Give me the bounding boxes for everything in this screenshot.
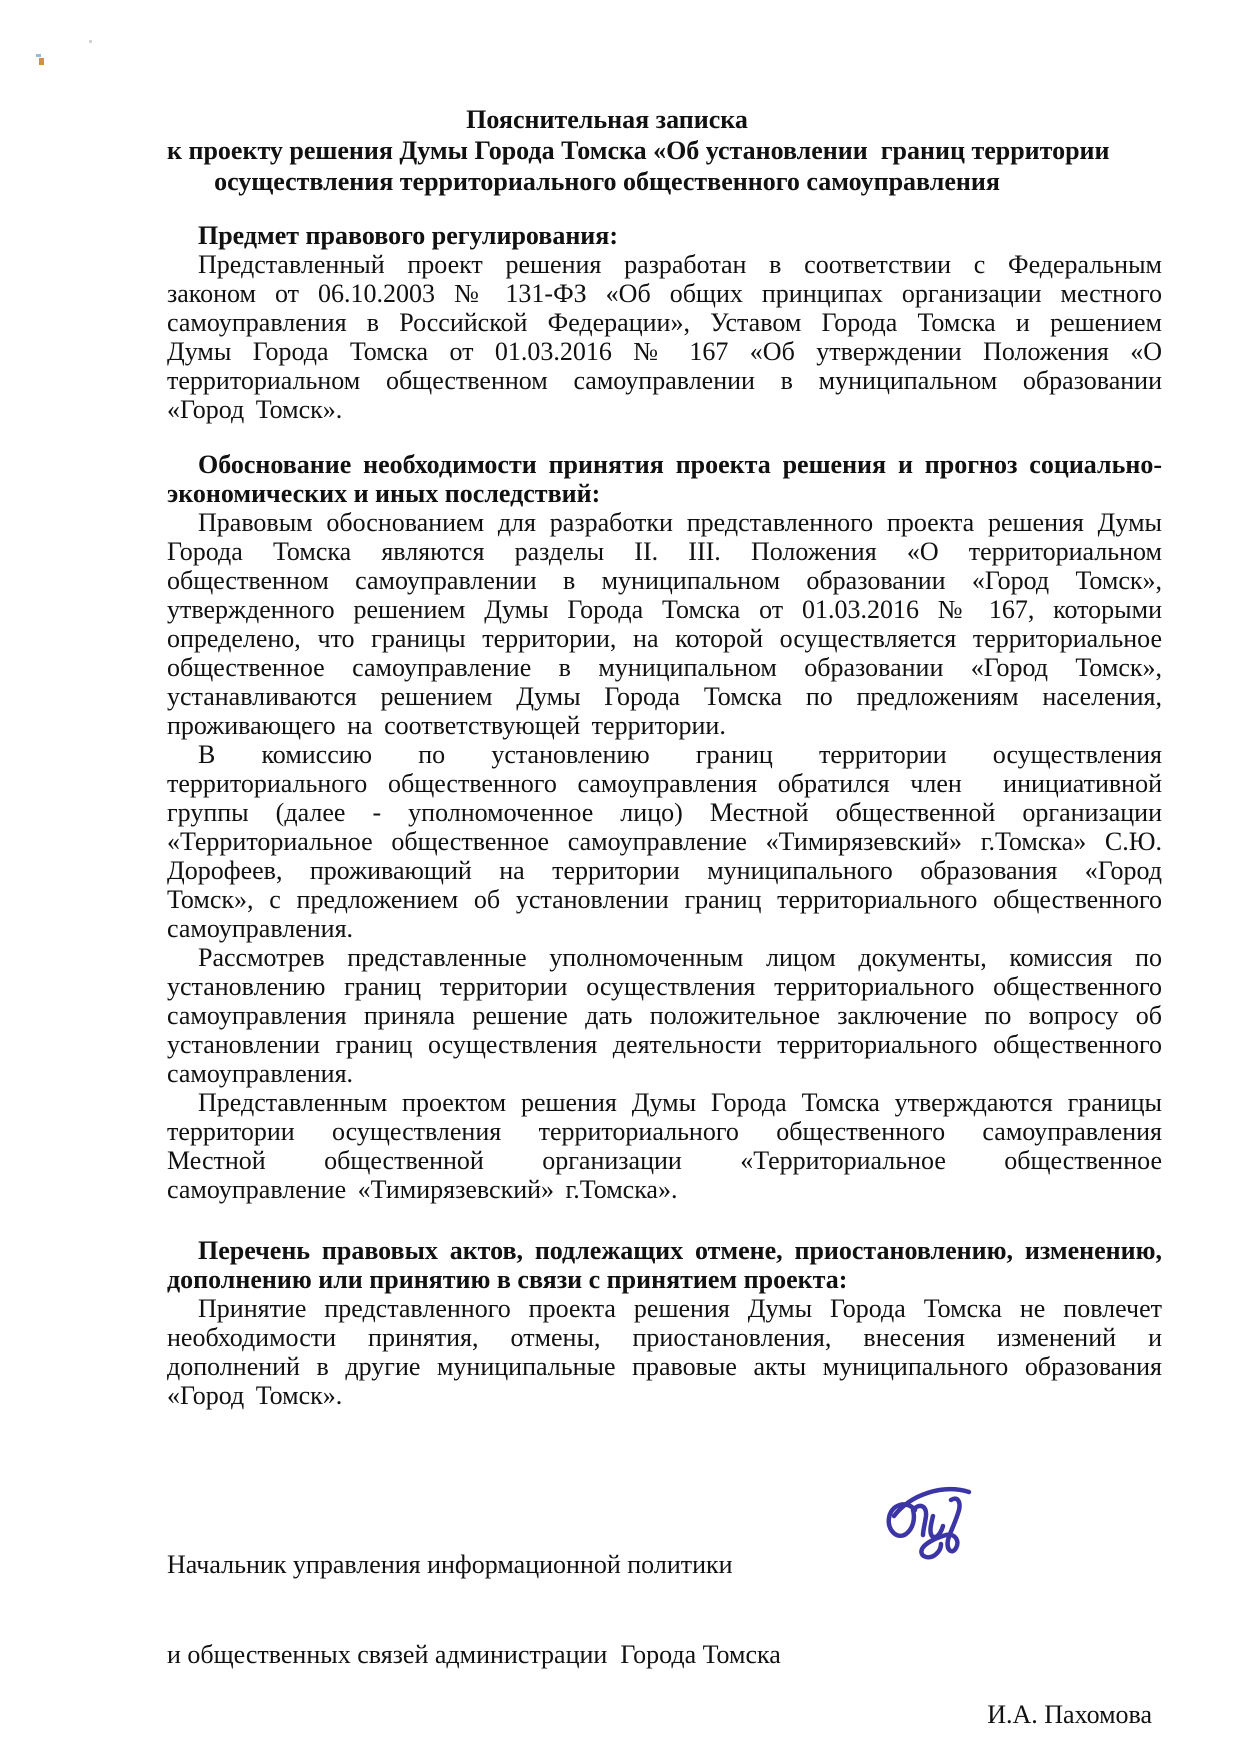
paragraph: Представленным проектом решения Думы Гор… [167,1088,1162,1204]
title-line-3: осуществления территориального обществен… [167,166,1047,197]
title-line-2: к проекту решения Думы Города Томска «Об… [167,135,1047,166]
signature-ink [881,1472,976,1564]
paragraph: Правовым обоснованием для разработки пре… [167,508,1162,740]
section-acts-list: Перечень правовых актов, подлежащих отме… [167,1236,1162,1410]
scan-artifact [39,58,44,65]
section-subject: Предмет правового регулирования: Предста… [167,221,1162,424]
document-content: Пояснительная записка к проекту решения … [167,104,1162,1730]
paragraph: В комиссию по установлению границ террит… [167,740,1162,943]
section-justification-heading: Обоснование необходимости принятия проек… [167,450,1162,508]
title-line-1: Пояснительная записка [167,104,1047,135]
section-subject-heading: Предмет правового регулирования: [167,221,1162,250]
section-acts-heading: Перечень правовых актов, подлежащих отме… [167,1236,1162,1294]
signatory-name: И.А. Пахомова [987,1700,1162,1730]
scan-artifact [36,54,41,57]
signatory-position: Начальник управления информационной поли… [167,1490,781,1730]
signatory-position-line-2: и общественных связей администрации Горо… [167,1640,781,1670]
scan-artifact [89,40,92,43]
document-title: Пояснительная записка к проекту решения … [167,104,1047,197]
paragraph: Представленный проект решения разработан… [167,250,1162,424]
signature-block: Начальник управления информационной поли… [167,1490,1162,1730]
paragraph: Рассмотрев представленные уполномоченным… [167,943,1162,1088]
document-page: Пояснительная записка к проекту решения … [0,0,1240,1753]
signature-strokes [889,1489,969,1557]
section-justification: Обоснование необходимости принятия проек… [167,450,1162,1204]
paragraph: Принятие представленного проекта решения… [167,1294,1162,1410]
signatory-position-line-1: Начальник управления информационной поли… [167,1550,781,1580]
